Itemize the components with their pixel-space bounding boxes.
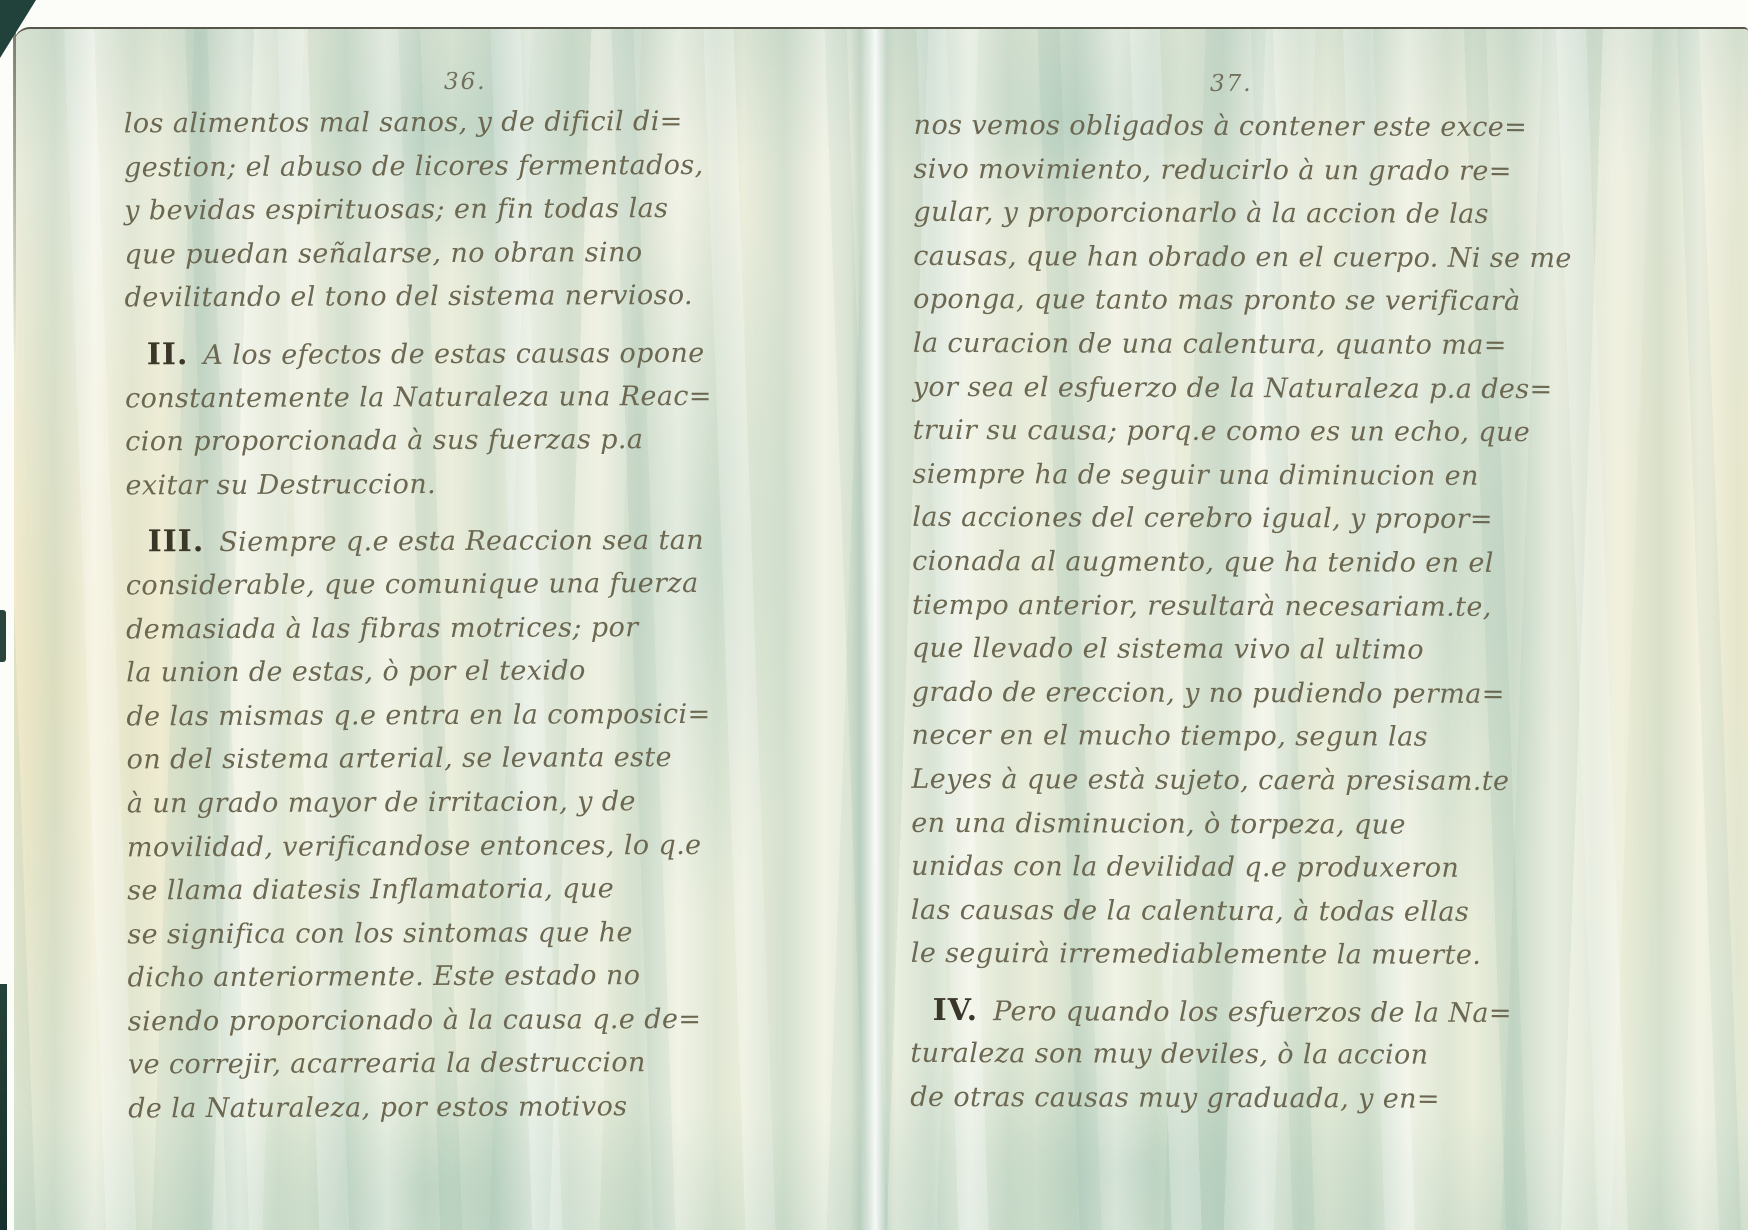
manuscript-line: IV.Pero quando los esfuerzos de la Na= — [911, 989, 1561, 1035]
manuscript-line: se llama diatesis Inflamatoria, que — [127, 867, 767, 913]
manuscript-line: dicho anteriormente. Este estado no — [127, 954, 767, 1000]
center-fold — [850, 29, 896, 1230]
manuscript-line: de la Naturaleza, por estos motivos — [128, 1085, 768, 1131]
page-37-text: nos vemos obligados à contener este exce… — [910, 104, 1564, 1122]
manuscript-spread: 36. 37. los alimentos mal sanos, y de di… — [14, 27, 1748, 1230]
paragraph-numeral: IV. — [933, 993, 979, 1028]
paragraph-numeral: II. — [147, 337, 189, 372]
manuscript-line: causas, que han obrado en el cuerpo. Ni … — [913, 235, 1563, 281]
manuscript-line: constantemente la Naturaleza una Reac= — [125, 374, 765, 420]
page-number-right: 37. — [1210, 71, 1253, 97]
manuscript-line: sivo movimiento, reducirlo à un grado re… — [913, 147, 1563, 193]
manuscript-line: gestion; el abuso de licores fermentados… — [124, 143, 764, 189]
paragraph: los alimentos mal sanos, y de dificil di… — [124, 100, 765, 321]
manuscript-line: en una disminucion, ò torpeza, que — [911, 801, 1561, 847]
manuscript-line: ve correjir, acarrearia la destruccion — [128, 1041, 768, 1087]
manuscript-line: grado de ereccion, y no pudiendo perma= — [912, 671, 1562, 717]
manuscript-line: que puedan señalarse, no obran sino — [124, 230, 764, 276]
paragraph: II.A los efectos de estas causas oponeco… — [125, 331, 766, 508]
manuscript-line: movilidad, verificandose entonces, lo q.… — [127, 823, 767, 869]
manuscript-line: exitar su Destruccion. — [125, 461, 765, 507]
page-number-left: 36. — [444, 69, 487, 95]
manuscript-line: Leyes à que està sujeto, caerà presisam.… — [911, 758, 1561, 804]
manuscript-line: de otras causas muy graduada, y en= — [910, 1076, 1560, 1122]
manuscript-line: los alimentos mal sanos, y de dificil di… — [124, 100, 764, 146]
line-text: Siempre q.e esta Reaccion sea tan — [219, 525, 704, 558]
page-36-text: los alimentos mal sanos, y de dificil di… — [124, 100, 768, 1131]
scan-edge-line — [0, 984, 7, 1230]
manuscript-line: y bevidas espirituosas; en fin todas las — [124, 187, 764, 233]
paragraph: IV.Pero quando los esfuerzos de la Na=tu… — [910, 989, 1560, 1122]
manuscript-line: que llevado el sistema vivo al ultimo — [912, 627, 1562, 673]
manuscript-line: se significa con los sintomas que he — [127, 910, 767, 956]
manuscript-line: oponga, que tanto mas pronto se verifica… — [913, 278, 1563, 324]
scan-edge-dash — [0, 610, 6, 662]
line-text: A los efectos de estas causas opone — [203, 338, 704, 371]
manuscript-line: II.A los efectos de estas causas opone — [125, 331, 765, 377]
manuscript-line: devilitando el tono del sistema nervioso… — [125, 274, 765, 320]
manuscript-line: unidas con la devilidad q.e produxeron — [911, 845, 1561, 891]
manuscript-line: on del sistema arterial, se levanta este — [127, 736, 767, 782]
manuscript-line: considerable, que comunique una fuerza — [126, 562, 766, 608]
line-text: Pero quando los esfuerzos de la Na= — [993, 996, 1512, 1029]
manuscript-line: gular, y proporcionarlo à la accion de l… — [913, 191, 1563, 237]
manuscript-line: las acciones del cerebro igual, y propor… — [912, 496, 1562, 542]
manuscript-line: siempre ha de seguir una diminucion en — [912, 453, 1562, 499]
manuscript-line: cionada al augmento, que ha tenido en el — [912, 540, 1562, 586]
manuscript-line: demasiada à las fibras motrices; por — [126, 605, 766, 651]
manuscript-line: necer en el mucho tiempo, segun las — [911, 714, 1561, 760]
paragraph-numeral: III. — [148, 524, 205, 559]
manuscript-line: la union de estas, ò por el texido — [126, 649, 766, 695]
manuscript-line: turaleza son muy deviles, ò la accion — [910, 1032, 1560, 1078]
page-edge-shadow — [13, 30, 16, 360]
manuscript-line: truir su causa; porq.e como es un echo, … — [913, 409, 1563, 455]
manuscript-line: yor sea el esfuerzo de la Naturaleza p.a… — [913, 365, 1563, 411]
manuscript-line: la curacion de una calentura, quanto ma= — [913, 322, 1563, 368]
paragraph: nos vemos obligados à contener este exce… — [911, 104, 1564, 978]
manuscript-line: le seguirà irremediablemente la muerte. — [911, 932, 1561, 978]
manuscript-line: siendo proporcionado à la causa q.e de= — [128, 997, 768, 1043]
paragraph: III.Siempre q.e esta Reaccion sea tancon… — [126, 518, 769, 1131]
manuscript-line: de las mismas q.e entra en la composici= — [126, 692, 766, 738]
manuscript-line: tiempo anterior, resultarà necesariam.te… — [912, 583, 1562, 629]
manuscript-line: nos vemos obligados à contener este exce… — [914, 104, 1564, 150]
manuscript-line: à un grado mayor de irritacion, y de — [127, 780, 767, 826]
manuscript-line: III.Siempre q.e esta Reaccion sea tan — [126, 518, 766, 564]
manuscript-line: las causas de la calentura, à todas ella… — [911, 889, 1561, 935]
manuscript-line: cion proporcionada à sus fuerzas p.a — [125, 418, 765, 464]
